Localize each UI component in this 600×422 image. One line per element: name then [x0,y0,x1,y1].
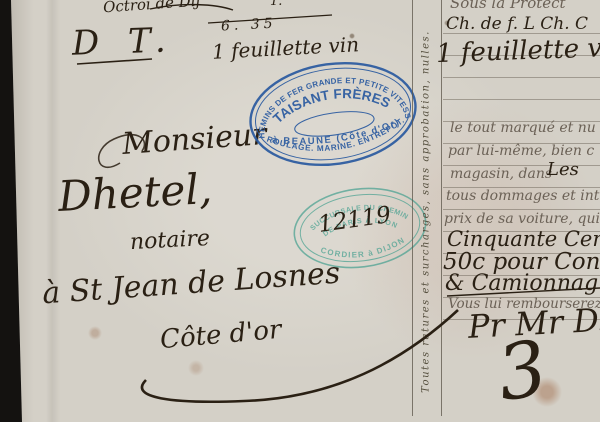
photo-background: Octroi de Dij 1. 6. 35 D T. 1 feuillette… [0,0,600,422]
divider-vertical-text: Toutes ratures et surcharges, sans appro… [421,12,432,412]
rc-printed-line: Sous la Protect [450,0,566,12]
fraction-numerator: 1. [270,0,282,9]
salutation: Monsieur [121,117,268,162]
rc-printed-line: le tout marqué et nu [450,120,596,136]
rc-printed-line: tous dommages et intérêt [446,188,600,204]
document-paper: Octroi de Dij 1. 6. 35 D T. 1 feuillette… [0,0,600,422]
amount-value: 6. 35 [221,16,277,35]
feuillette-note: 1 feuillette vin [211,32,359,64]
rc-printed-line: par lui-même, bien c [448,143,594,159]
taisant-freres-stamp: CHEMINS DE FER GRANDE ET PETITE VITESSE … [241,51,426,178]
printer-imprint-mark [14,350,18,380]
rc-printed-line: magasin, dans [450,166,552,182]
initials-dt: D T. [71,20,175,64]
addressee-title: notaire [129,226,210,255]
rc-handwritten-word: Les [547,159,579,180]
divider-line-left [412,0,413,416]
rc-printed-line: prix de sa voiture, qui a [444,211,600,227]
octroi-annotation: Octroi de Dij [102,0,200,16]
addressee-name: Dhetel, [57,164,213,221]
rc-amount-words: Cinquante Cen [447,227,600,251]
rc-feuillette-line: 1 feuillette ve [436,33,600,69]
rc-camionnage-line: & Camionnag [445,271,598,296]
address-region: Côte d'or [159,315,283,355]
rc-handwritten-line: Ch. de f. L Ch. C [446,14,588,34]
